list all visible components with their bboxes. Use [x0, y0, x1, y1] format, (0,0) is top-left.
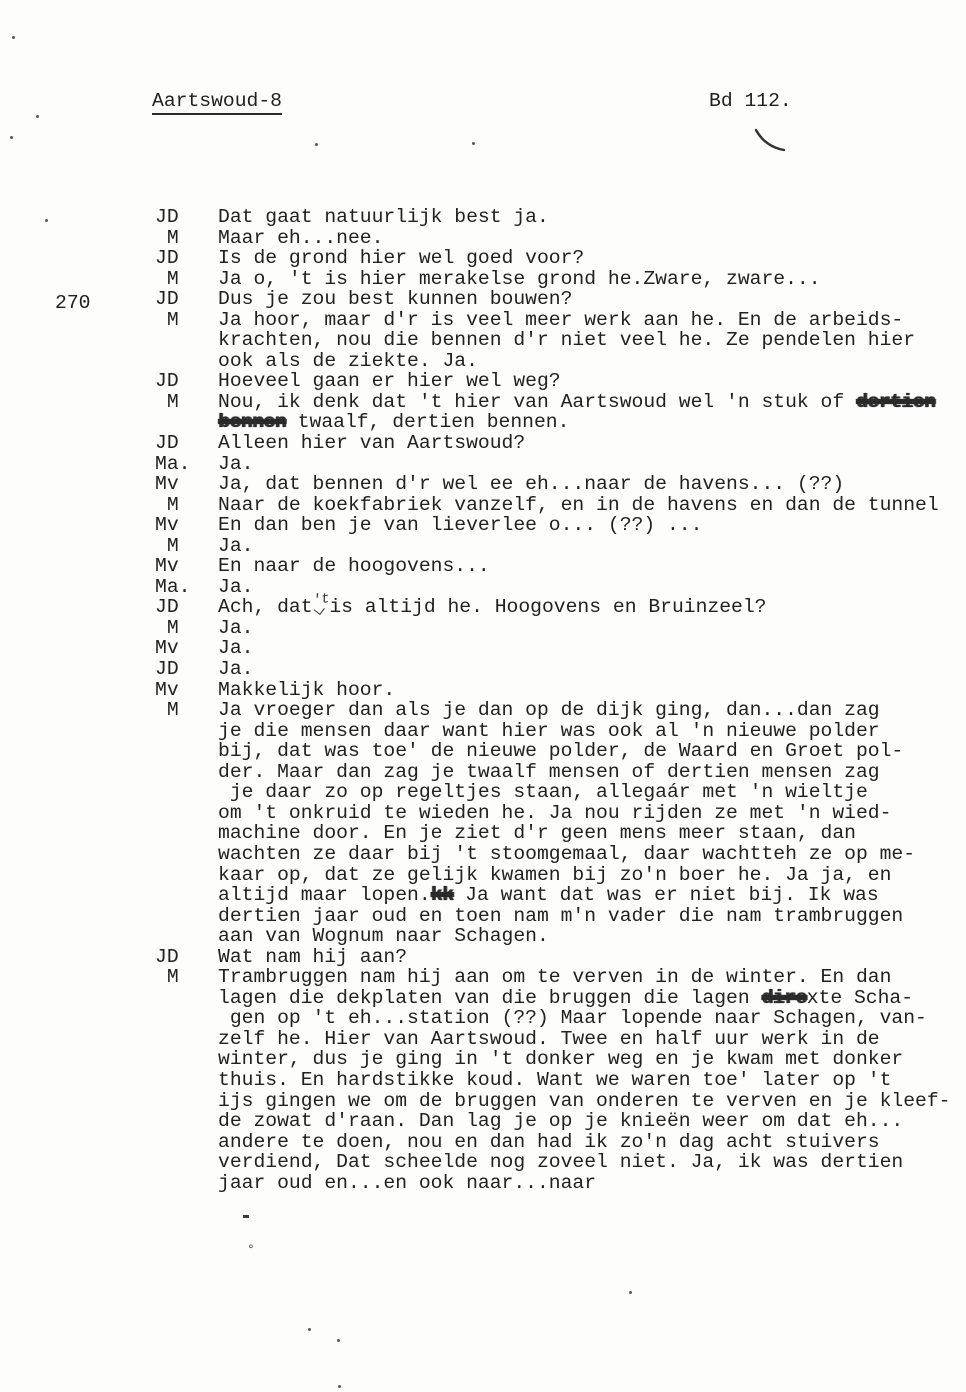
speck [308, 1328, 311, 1331]
dialogue-line: MvMakkelijk hoor. [150, 680, 966, 701]
speaker-label [150, 988, 218, 1009]
dialogue-line: ook als de ziekte. Ja. [150, 351, 966, 372]
text-segment: gen op 't eh...station (??) Maar lopende… [218, 1007, 927, 1029]
text-segment: Naar de koekfabriek vanzelf, en in de ha… [218, 494, 939, 516]
text-segment: der. Maar dan zag je twaalf mensen of de… [218, 761, 880, 783]
dialogue-text: Ja. [218, 536, 966, 557]
speck [12, 36, 15, 39]
dialogue-line: MNaar de koekfabriek vanzelf, en in de h… [150, 495, 966, 516]
text-segment: machine door. En je ziet d'r geen mens m… [218, 822, 856, 844]
text-segment: je die mensen daar want hier was ook al … [218, 720, 880, 742]
speaker-label: M [150, 536, 218, 557]
speaker-label: M [150, 700, 218, 721]
overstruck-text-segment: kk [431, 884, 454, 906]
speaker-label: Mv [150, 680, 218, 701]
dialogue-line: MTrambruggen nam hij aan om te verven in… [150, 967, 966, 988]
dialogue-line: JDDus je zou best kunnen bouwen? [150, 289, 966, 310]
dialogue-text: machine door. En je ziet d'r geen mens m… [218, 823, 966, 844]
margin-line-number: 270 [55, 292, 90, 314]
speck [36, 115, 39, 118]
speaker-label: M [150, 228, 218, 249]
text-segment: kaar op, dat ze gelijk kwamen bij zo'n b… [218, 864, 891, 886]
dialogue-line: winter, dus je ging in 't donker weg en … [150, 1049, 966, 1070]
text-segment: andere te doen, nou en dan had ik zo'n d… [218, 1131, 880, 1153]
speck [315, 143, 318, 146]
text-segment: de zowat d'raan. Dan lag je op je knieën… [218, 1110, 903, 1132]
speaker-label: Mv [150, 474, 218, 495]
speck [337, 1339, 340, 1342]
speaker-label: Mv [150, 556, 218, 577]
dialogue-text: Ja. [218, 618, 966, 639]
dialogue-text: wachten ze daar bij 't stoomgemaal, daar… [218, 844, 966, 865]
text-segment: Ja hoor, maar d'r is veel meer werk aan … [218, 309, 903, 331]
speaker-label: M [150, 967, 218, 988]
speaker-label: M [150, 392, 218, 413]
pen-mark [753, 128, 787, 154]
dialogue-line: MvEn naar de hoogovens... [150, 556, 966, 577]
speck [338, 1385, 341, 1388]
text-segment: aan van Wognum naar Schagen. [218, 925, 549, 947]
dialogue-text: kaar op, dat ze gelijk kwamen bij zo'n b… [218, 865, 966, 886]
text-segment: Dus je zou best kunnen bouwen? [218, 288, 572, 310]
speck [45, 219, 48, 222]
text-segment: Ja o, 't is hier merakelse grond he.Zwar… [218, 268, 821, 290]
dialogue-text: Maar eh...nee. [218, 228, 966, 249]
dialogue-line: MvEn dan ben je van lieverlee o... (??) … [150, 515, 966, 536]
dialogue-text: Trambruggen nam hij aan om te verven in … [218, 967, 966, 988]
dialogue-text: je daar zo op regeltjes staan, allegaár … [218, 782, 966, 803]
dialogue-line: verdiend, Dat scheelde nog zoveel niet. … [150, 1152, 966, 1173]
speaker-label: Mv [150, 638, 218, 659]
speaker-label [150, 823, 218, 844]
dialogue-line: der. Maar dan zag je twaalf mensen of de… [150, 762, 966, 783]
dialogue-line: JDAlleen hier van Aartswoud? [150, 433, 966, 454]
speaker-label [150, 865, 218, 886]
speaker-label [150, 906, 218, 927]
speaker-label [150, 844, 218, 865]
dialogue-line: aan van Wognum naar Schagen. [150, 926, 966, 947]
dialogue-line: lagen die dekplaten van die bruggen die … [150, 988, 966, 1009]
text-segment: Makkelijk hoor. [218, 679, 395, 701]
text-segment: thuis. En hardstikke koud. Want we waren… [218, 1069, 891, 1091]
speaker-label [150, 885, 218, 906]
text-segment: krachten, nou die bennen d'r niet veel h… [218, 329, 915, 351]
speaker-label: M [150, 269, 218, 290]
text-segment: Ach, dat [218, 596, 313, 618]
dialogue-line: MJa o, 't is hier merakelse grond he.Zwa… [150, 269, 966, 290]
dialogue-line: altijd maar lopen.kk Ja want dat was er … [150, 885, 966, 906]
speaker-label: JD [150, 433, 218, 454]
dialogue-text: gen op 't eh...station (??) Maar lopende… [218, 1008, 966, 1029]
dialogue-text: Ja. [218, 577, 966, 598]
dialogue-text: Ja o, 't is hier merakelse grond he.Zwar… [218, 269, 966, 290]
speaker-label: M [150, 495, 218, 516]
dialogue-text: bij, dat was toe' de nieuwe polder, de W… [218, 741, 966, 762]
speaker-label [150, 1008, 218, 1029]
overstruck-text-segment: dire [761, 987, 806, 1009]
dialogue-text: thuis. En hardstikke koud. Want we waren… [218, 1070, 966, 1091]
speaker-label [150, 1173, 218, 1194]
dialogue-line: machine door. En je ziet d'r geen mens m… [150, 823, 966, 844]
text-segment: Ja. [218, 576, 253, 598]
text-segment: verdiend, Dat scheelde nog zoveel niet. … [218, 1151, 903, 1173]
dialogue-text: de zowat d'raan. Dan lag je op je knieën… [218, 1111, 966, 1132]
speaker-label: JD [150, 207, 218, 228]
speaker-label [150, 741, 218, 762]
speaker-label [150, 1091, 218, 1112]
speck [629, 1291, 632, 1294]
text-segment: Ja. [218, 637, 253, 659]
dialogue-text: aan van Wognum naar Schagen. [218, 926, 966, 947]
speaker-label [150, 803, 218, 824]
dialogue-line: jaar oud en...en ook naar...naar [150, 1173, 966, 1194]
text-segment: Ja. [218, 658, 253, 680]
speaker-label: Ma. [150, 454, 218, 475]
dialogue-text: ook als de ziekte. Ja. [218, 351, 966, 372]
dialogue-line: Ma.Ja. [150, 454, 966, 475]
dialogue-line: andere te doen, nou en dan had ik zo'n d… [150, 1132, 966, 1153]
dialogue-line: ijs gingen we om de bruggen van onderen … [150, 1091, 966, 1112]
speaker-label [150, 1132, 218, 1153]
dialogue-line: MNou, ik denk dat 't hier van Aartswoud … [150, 392, 966, 413]
speaker-label: M [150, 618, 218, 639]
dialogue-text: Ja hoor, maar d'r is veel meer werk aan … [218, 310, 966, 331]
handwritten-insert-segment: 't [311, 589, 331, 612]
dialogue-line: bij, dat was toe' de nieuwe polder, de W… [150, 741, 966, 762]
dialogue-text: Ja. [218, 454, 966, 475]
dialogue-line: kaar op, dat ze gelijk kwamen bij zo'n b… [150, 865, 966, 886]
text-segment: winter, dus je ging in 't donker weg en … [218, 1048, 903, 1070]
dialogue-text: Ja. [218, 659, 966, 680]
dialogue-text: winter, dus je ging in 't donker weg en … [218, 1049, 966, 1070]
text-segment: Ja vroeger dan als je dan op de dijk gin… [218, 699, 880, 721]
dialogue-text: Wat nam hij aan? [218, 947, 966, 968]
dialogue-line: MvJa, dat bennen d'r wel ee eh...naar de… [150, 474, 966, 495]
dialogue-text: verdiend, Dat scheelde nog zoveel niet. … [218, 1152, 966, 1173]
text-segment: Ja. [218, 535, 253, 557]
dialogue-text: Hoeveel gaan er hier wel weg? [218, 371, 966, 392]
speaker-label [150, 330, 218, 351]
dialogue-line: je daar zo op regeltjes staan, allegaár … [150, 782, 966, 803]
dialogue-line: krachten, nou die bennen d'r niet veel h… [150, 330, 966, 351]
speck [243, 1215, 249, 1218]
text-segment: lagen die dekplaten van die bruggen die … [218, 987, 761, 1009]
speaker-label [150, 926, 218, 947]
dialogue-text: En dan ben je van lieverlee o... (??) ..… [218, 515, 966, 536]
text-segment: zelf he. Hier van Aartswoud. Twee en hal… [218, 1028, 880, 1050]
dialogue-line: om 't onkruid te wieden he. Ja nou rijde… [150, 803, 966, 824]
text-segment: om 't onkruid te wieden he. Ja nou rijde… [218, 802, 891, 824]
speaker-label [150, 351, 218, 372]
text-segment: dertien jaar oud en toen nam m'n vader d… [218, 905, 903, 927]
dialogue-line: dertien jaar oud en toen nam m'n vader d… [150, 906, 966, 927]
speaker-label: M [150, 310, 218, 331]
text-segment: jaar oud en...en ook naar...naar [218, 1172, 596, 1194]
speaker-label [150, 1070, 218, 1091]
dialogue-line: JDDat gaat natuurlijk best ja. [150, 207, 966, 228]
text-segment: twaalf, dertien bennen. [286, 411, 570, 433]
dialogue-text: ijs gingen we om de bruggen van onderen … [218, 1091, 966, 1112]
page-title: Aartswoud-8 [152, 90, 282, 115]
text-segment: En dan ben je van lieverlee o... (??) ..… [218, 514, 702, 536]
text-segment: Is de grond hier wel goed voor? [218, 247, 584, 269]
dialogue-line: JDIs de grond hier wel goed voor? [150, 248, 966, 269]
dialogue-line: MJa hoor, maar d'r is veel meer werk aan… [150, 310, 966, 331]
speaker-label: JD [150, 371, 218, 392]
text-segment: Dat gaat natuurlijk best ja. [218, 206, 549, 228]
speck [10, 136, 13, 139]
text-segment: xte Scha- [807, 987, 913, 1009]
dialogue-line: JDWat nam hij aan? [150, 947, 966, 968]
dialogue-line: MvJa. [150, 638, 966, 659]
dialogue-text: Alleen hier van Aartswoud? [218, 433, 966, 454]
speaker-label: JD [150, 947, 218, 968]
dialogue-text: dertien jaar oud en toen nam m'n vader d… [218, 906, 966, 927]
dialogue-text: Dus je zou best kunnen bouwen? [218, 289, 966, 310]
dialogue-line: MMaar eh...nee. [150, 228, 966, 249]
text-segment: Hoeveel gaan er hier wel weg? [218, 370, 561, 392]
dialogue-text: om 't onkruid te wieden he. Ja nou rijde… [218, 803, 966, 824]
dialogue-text: altijd maar lopen.kk Ja want dat was er … [218, 885, 966, 906]
speck [472, 142, 475, 145]
dialogue-text: Ja vroeger dan als je dan op de dijk gin… [218, 700, 966, 721]
text-segment: Ja. [218, 453, 253, 475]
dialogue-text: Nou, ik denk dat 't hier van Aartswoud w… [218, 392, 966, 413]
overstruck-text-segment: bennen [218, 411, 286, 433]
dialogue-line: JDJa. [150, 659, 966, 680]
dialogue-text: Makkelijk hoor. [218, 680, 966, 701]
text-segment: Ja, dat bennen d'r wel ee eh...naar de h… [218, 473, 844, 495]
speaker-label [150, 1029, 218, 1050]
dialogue-transcript: JDDat gaat natuurlijk best ja. MMaar eh.… [150, 207, 966, 1193]
document-page: Aartswoud-8 Bd 112. 270 JDDat gaat natuu… [0, 0, 966, 1392]
dialogue-text: Dat gaat natuurlijk best ja. [218, 207, 966, 228]
text-segment: En naar de hoogovens... [218, 555, 490, 577]
dialogue-text: Is de grond hier wel goed voor? [218, 248, 966, 269]
text-segment: bij, dat was toe' de nieuwe polder, de W… [218, 740, 903, 762]
speaker-label [150, 782, 218, 803]
text-segment: ijs gingen we om de bruggen van onderen … [218, 1090, 951, 1112]
dialogue-text: bennen twaalf, dertien bennen. [218, 412, 966, 433]
speaker-label: Ma. [150, 577, 218, 598]
dialogue-text: der. Maar dan zag je twaalf mensen of de… [218, 762, 966, 783]
speaker-label [150, 762, 218, 783]
dialogue-text: andere te doen, nou en dan had ik zo'n d… [218, 1132, 966, 1153]
dialogue-line: Ma.Ja. [150, 577, 966, 598]
dialogue-text: Ja. [218, 638, 966, 659]
overstruck-text-segment: dertien [856, 391, 935, 413]
speaker-label: Mv [150, 515, 218, 536]
text-segment: wachten ze daar bij 't stoomgemaal, daar… [218, 843, 915, 865]
dialogue-line: JDHoeveel gaan er hier wel weg? [150, 371, 966, 392]
text-segment: ook als de ziekte. Ja. [218, 350, 478, 372]
speaker-label: JD [150, 248, 218, 269]
dialogue-text: jaar oud en...en ook naar...naar [218, 1173, 966, 1194]
dialogue-line: zelf he. Hier van Aartswoud. Twee en hal… [150, 1029, 966, 1050]
dialogue-text: En naar de hoogovens... [218, 556, 966, 577]
speaker-label [150, 1152, 218, 1173]
speaker-label: JD [150, 289, 218, 310]
dialogue-line: bennen twaalf, dertien bennen. [150, 412, 966, 433]
dialogue-line: de zowat d'raan. Dan lag je op je knieën… [150, 1111, 966, 1132]
text-segment: altijd maar lopen. [218, 884, 431, 906]
dialogue-line: MJa. [150, 536, 966, 557]
dialogue-line: gen op 't eh...station (??) Maar lopende… [150, 1008, 966, 1029]
text-segment: is altijd he. Hoogovens en Bruinzeel? [329, 596, 766, 618]
dialogue-line: MJa vroeger dan als je dan op de dijk gi… [150, 700, 966, 721]
dialogue-line: je die mensen daar want hier was ook al … [150, 721, 966, 742]
speaker-label: JD [150, 659, 218, 680]
dialogue-text: Naar de koekfabriek vanzelf, en in de ha… [218, 495, 966, 516]
text-segment: Alleen hier van Aartswoud? [218, 432, 525, 454]
text-segment: Maar eh...nee. [218, 227, 383, 249]
stray-degree-mark: ° [247, 1242, 255, 1257]
text-segment: Ja want dat was er niet bij. Ik was [453, 884, 878, 906]
dialogue-line: thuis. En hardstikke koud. Want we waren… [150, 1070, 966, 1091]
dialogue-line: JDAch, dat'tis altijd he. Hoogovens en B… [150, 597, 966, 618]
dialogue-text: krachten, nou die bennen d'r niet veel h… [218, 330, 966, 351]
dialogue-text: lagen die dekplaten van die bruggen die … [218, 988, 966, 1009]
page-number: Bd 112. [709, 90, 792, 112]
text-segment: Ja. [218, 617, 253, 639]
speaker-label [150, 721, 218, 742]
speaker-label [150, 412, 218, 433]
text-segment: Trambruggen nam hij aan om te verven in … [218, 966, 891, 988]
dialogue-text: je die mensen daar want hier was ook al … [218, 721, 966, 742]
text-segment: Nou, ik denk dat 't hier van Aartswoud w… [218, 391, 856, 413]
speaker-label [150, 1111, 218, 1132]
dialogue-line: MJa. [150, 618, 966, 639]
dialogue-line: wachten ze daar bij 't stoomgemaal, daar… [150, 844, 966, 865]
text-segment: Wat nam hij aan? [218, 946, 407, 968]
dialogue-text: Ach, dat'tis altijd he. Hoogovens en Bru… [218, 597, 966, 618]
text-segment: je daar zo op regeltjes staan, allegaár … [218, 781, 868, 803]
dialogue-text: zelf he. Hier van Aartswoud. Twee en hal… [218, 1029, 966, 1050]
speaker-label: JD [150, 597, 218, 618]
dialogue-text: Ja, dat bennen d'r wel ee eh...naar de h… [218, 474, 966, 495]
speaker-label [150, 1049, 218, 1070]
